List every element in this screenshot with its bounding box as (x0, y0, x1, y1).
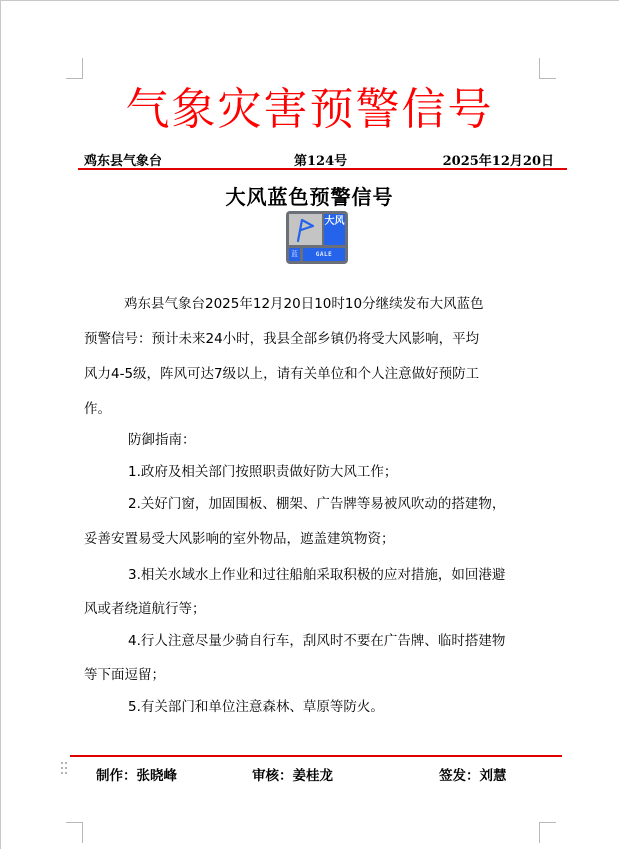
guide-item-5: 5.有关部门和单位注意森林、草原等防火。 (128, 694, 584, 720)
issuing-organization: 鸡东县气象台 (84, 150, 162, 169)
margin-corner-top-right (539, 58, 556, 79)
guide-item-3: 3.相关水域水上作业和过往船舶采取积极的应对措施，如回港避 (128, 562, 584, 588)
signal-english-label: GALE (303, 248, 345, 261)
margin-corner-bottom-left (66, 822, 83, 843)
guide-item-4-cont: 等下面逗留； (84, 662, 554, 688)
issue-date: 2025年12月20日 (443, 150, 554, 169)
produced-by: 制作：张晓峰 (96, 764, 177, 784)
guide-item-1: 1.政府及相关部门按照职责做好防大风工作； (128, 459, 584, 485)
issued-by: 签发：刘慧 (439, 764, 507, 784)
footer-red-rule (70, 755, 562, 757)
announcement-paragraph: 鸡东县气象台2025年12月20日10时10分继续发布大风蓝色 (96, 291, 552, 317)
paragraph-line: 预警信号：预计未来24小时，我县全部乡镇仍将受大风影响，平均 (84, 326, 554, 352)
paragraph-line: 风力4-5级，阵风可达7级以上，请有关单位和个人注意做好预防工 (84, 361, 554, 387)
page-frame-top (0, 0, 619, 1)
signal-level-char: 蓝 (289, 248, 300, 261)
issue-number: 第124号 (294, 150, 347, 169)
margin-corner-top-left (66, 58, 83, 79)
announcement-paragraph-cont: 作。 (84, 396, 554, 422)
reviewed-by: 审核：姜桂龙 (252, 764, 333, 784)
header-red-rule (78, 168, 567, 170)
document-header-row: 鸡东县气象台 第124号 2025年12月20日 (84, 150, 554, 168)
guide-item-2-cont: 妥善安置易受大风影响的室外物品，遮盖建筑物资； (84, 526, 554, 552)
signal-chars: 大风 (324, 214, 345, 245)
flag-icon (289, 214, 322, 245)
announcement-paragraph-cont: 预警信号：预计未来24小时，我县全部乡镇仍将受大风影响，平均 (84, 326, 554, 352)
paragraph-line: 鸡东县气象台2025年12月20日10时10分继续发布大风蓝色 (124, 296, 484, 312)
signal-title: 大风蓝色预警信号 (0, 181, 619, 210)
gale-blue-warning-icon: 大风 蓝 GALE (286, 211, 348, 264)
guide-item-3-cont: 风或者绕道航行等； (84, 596, 554, 622)
announcement-paragraph-cont: 风力4-5级，阵风可达7级以上，请有关单位和个人注意做好预防工 (84, 361, 554, 387)
document-main-title: 气象灾害预警信号 (0, 84, 619, 136)
guide-heading: 防御指南： (128, 427, 584, 453)
margin-corner-bottom-right (539, 822, 556, 843)
signature-row: 制作：张晓峰 审核：姜桂龙 签发：刘慧 (0, 764, 619, 784)
guide-item-4: 4.行人注意尽量少骑自行车，刮风时不要在广告牌、临时搭建物 (128, 628, 584, 654)
paragraph-line: 作。 (84, 396, 554, 422)
guide-item-2: 2.关好门窗，加固围板、棚架、广告牌等易被风吹动的搭建物， (128, 491, 584, 517)
